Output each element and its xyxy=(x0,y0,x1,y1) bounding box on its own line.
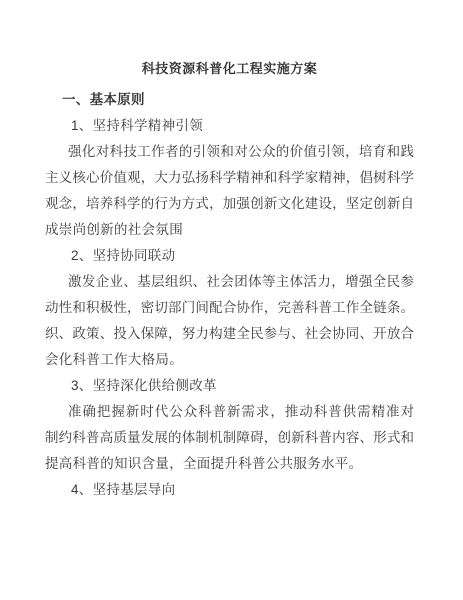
document-page: 科技资源科普化工程实施方案 一、基本原则 1、坚持科学精神引领 强化对科技工作者… xyxy=(0,0,463,600)
item-3-paragraph-line: 制约科普高质量发展的体制机制障碍，创新科普内容、形式和手段， xyxy=(45,425,414,451)
item-2-paragraph-line: 织、政策、投入保障，努力构建全民参与、社会协同、开放合作的社 xyxy=(45,321,414,347)
item-3-paragraph-line: 准确把握新时代公众科普新需求，推动科普供需精准对接。破除 xyxy=(45,399,414,425)
item-1-paragraph-line: 主义核心价值观，大力弘扬科学精神和科学家精神，倡树科学的思想 xyxy=(45,165,414,191)
item-2-label: 2、坚持协同联动 xyxy=(45,243,414,269)
item-1-paragraph-line: 强化对科技工作者的引领和对公众的价值引领，培育和践行社会 xyxy=(45,139,414,165)
item-4-label: 4、坚持基层导向 xyxy=(45,477,414,503)
document-body: 科技资源科普化工程实施方案 一、基本原则 1、坚持科学精神引领 强化对科技工作者… xyxy=(45,56,414,503)
item-1-paragraph-line: 观念，培养科学的行为方式，加强创新文化建设，坚定创新自信，形 xyxy=(45,191,414,217)
item-1-paragraph-line: 成崇尚创新的社会氛围 xyxy=(45,217,414,243)
item-3-label: 3、坚持深化供给侧改革 xyxy=(45,373,414,399)
item-2-paragraph-line: 激发企业、基层组织、社会团体等主体活力，增强全民参与的主 xyxy=(45,269,414,295)
item-2-paragraph-line: 会化科普工作大格局。 xyxy=(45,347,414,373)
item-1-label: 1、坚持科学精神引领 xyxy=(45,113,414,139)
item-2-paragraph-line: 动性和积极性，密切部门间配合协作，完善科普工作全链条。强化组 xyxy=(45,295,414,321)
section-heading: 一、基本原则 xyxy=(45,87,414,113)
page-title: 科技资源科普化工程实施方案 xyxy=(45,56,414,82)
item-3-paragraph-line: 提高科普的知识含量，全面提升科普公共服务水平。 xyxy=(45,451,414,477)
